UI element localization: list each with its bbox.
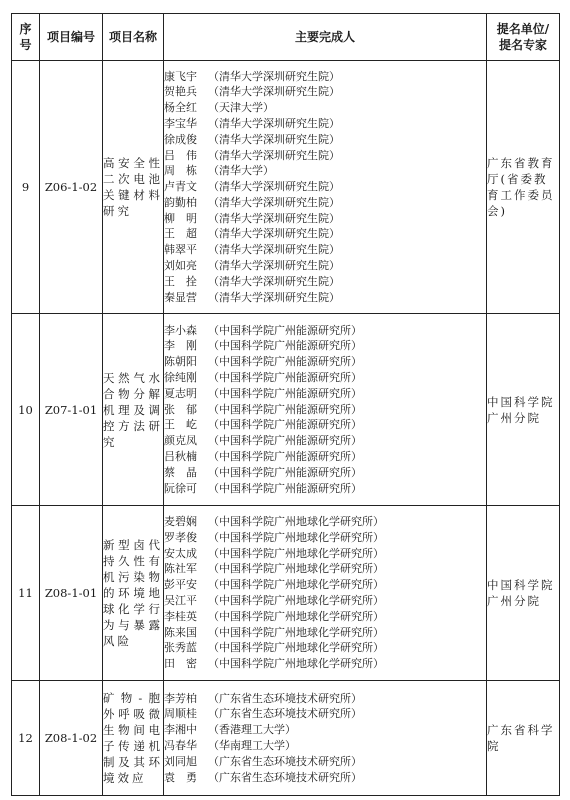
contributor-item: 蔡 晶（中国科学院广州能源研究所） — [164, 465, 486, 481]
contributor-item: 周顺桂（广东省生态环境技术研究所） — [164, 706, 486, 722]
contributor-item: 李桂英（中国科学院广州地球化学研究所） — [164, 609, 486, 625]
contributor-org: （中国科学院广州地球化学研究所） — [208, 657, 384, 670]
contributor-name: 柳 明 — [164, 211, 208, 227]
row-project-code: Z07-1-01 — [40, 314, 103, 506]
contributor-org: （华南理工大学） — [208, 739, 296, 752]
contributor-item: 陈朝阳（中国科学院广州能源研究所） — [164, 354, 486, 370]
contributor-item: 王 拴（清华大学深圳研究生院） — [164, 274, 486, 290]
contributor-org: （广东省生态环境技术研究所） — [208, 771, 362, 784]
contributor-item: 阮徐可（中国科学院广州能源研究所） — [164, 481, 486, 497]
contributor-item: 田 密（中国科学院广州地球化学研究所） — [164, 656, 486, 672]
contributor-name: 杨全红 — [164, 100, 208, 116]
contributor-org: （清华大学深圳研究生院） — [208, 117, 340, 130]
contributor-name: 彭平安 — [164, 577, 208, 593]
contributor-name: 刘如亮 — [164, 258, 208, 274]
contributor-org: （中国科学院广州地球化学研究所） — [208, 626, 384, 639]
contributor-item: 刘如亮（清华大学深圳研究生院） — [164, 258, 486, 274]
contributor-org: （清华大学深圳研究生院） — [208, 243, 340, 256]
contributor-item: 李宝华（清华大学深圳研究生院） — [164, 116, 486, 132]
contributor-org: （清华大学深圳研究生院） — [208, 227, 340, 240]
contributor-name: 李 刚 — [164, 338, 208, 354]
row-project-code: Z06-1-02 — [40, 61, 103, 314]
contributor-org: （中国科学院广州能源研究所） — [208, 339, 362, 352]
contributor-name: 冯春华 — [164, 738, 208, 754]
contributor-name: 周顺桂 — [164, 706, 208, 722]
header-unit: 提名单位/提名专家 — [487, 14, 560, 61]
header-code: 项目编号 — [40, 14, 103, 61]
contributor-org: （中国科学院广州地球化学研究所） — [208, 578, 384, 591]
contributor-org: （中国科学院广州地球化学研究所） — [208, 547, 384, 560]
contributor-item: 罗孝俊（中国科学院广州地球化学研究所） — [164, 530, 486, 546]
contributor-name: 秦显营 — [164, 290, 208, 306]
contributor-item: 杨全红（天津大学） — [164, 100, 486, 116]
header-people: 主要完成人 — [164, 14, 487, 61]
row-project-name: 矿物-胞外呼吸微生物间电子传递机制及其环境效应 — [103, 681, 164, 796]
row-main-contributors: 康飞宇（清华大学深圳研究生院）贺艳兵（清华大学深圳研究生院）杨全红（天津大学）李… — [164, 61, 487, 314]
row-project-name: 高安全性二次电池关键材料研究 — [103, 61, 164, 314]
contributor-name: 李小森 — [164, 323, 208, 339]
contributor-item: 吕 伟（清华大学深圳研究生院） — [164, 148, 486, 164]
contributor-name: 阮徐可 — [164, 481, 208, 497]
contributor-org: （中国科学院广州能源研究所） — [208, 418, 362, 431]
row-nominating-unit: 中国科学院广州分院 — [487, 506, 560, 681]
contributor-item: 秦显营（清华大学深圳研究生院） — [164, 290, 486, 306]
row-main-contributors: 李小森（中国科学院广州能源研究所）李 刚（中国科学院广州能源研究所）陈朝阳（中国… — [164, 314, 487, 506]
contributor-name: 陈来国 — [164, 625, 208, 641]
contributor-name: 徐纯刚 — [164, 370, 208, 386]
row-nominating-unit: 广东省科学院 — [487, 681, 560, 796]
contributor-name: 蔡 晶 — [164, 465, 208, 481]
contributor-item: 徐成俊（清华大学深圳研究生院） — [164, 132, 486, 148]
contributor-item: 吴江平（中国科学院广州地球化学研究所） — [164, 593, 486, 609]
contributor-org: （清华大学深圳研究生院） — [208, 259, 340, 272]
contributor-name: 田 密 — [164, 656, 208, 672]
contributor-name: 李宝华 — [164, 116, 208, 132]
contributor-org: （中国科学院广州地球化学研究所） — [208, 610, 384, 623]
contributor-org: （清华大学深圳研究生院） — [208, 85, 340, 98]
header-seq: 序号 — [12, 14, 40, 61]
contributor-item: 徐纯刚（中国科学院广州能源研究所） — [164, 370, 486, 386]
contributor-item: 周 栋（清华大学） — [164, 163, 486, 179]
contributor-org: （中国科学院广州能源研究所） — [208, 355, 362, 368]
contributor-name: 夏志明 — [164, 386, 208, 402]
contributor-item: 李湘中（香港理工大学） — [164, 722, 486, 738]
contributor-org: （中国科学院广州地球化学研究所） — [208, 562, 384, 575]
contributor-name: 李芳柏 — [164, 691, 208, 707]
contributor-item: 安太成（中国科学院广州地球化学研究所） — [164, 546, 486, 562]
contributor-item: 李 刚（中国科学院广州能源研究所） — [164, 338, 486, 354]
contributor-item: 柳 明（清华大学深圳研究生院） — [164, 211, 486, 227]
contributor-name: 卢青文 — [164, 179, 208, 195]
contributor-item: 袁 勇（广东省生态环境技术研究所） — [164, 770, 486, 786]
contributor-org: （清华大学深圳研究生院） — [208, 70, 340, 83]
row-seq: 10 — [12, 314, 40, 506]
contributor-item: 夏志明（中国科学院广州能源研究所） — [164, 386, 486, 402]
contributor-name: 颜克凤 — [164, 433, 208, 449]
contributor-org: （中国科学院广州能源研究所） — [208, 371, 362, 384]
contributor-item: 吕秋楠（中国科学院广州能源研究所） — [164, 449, 486, 465]
contributor-org: （中国科学院广州能源研究所） — [208, 434, 362, 447]
contributor-item: 李芳柏（广东省生态环境技术研究所） — [164, 691, 486, 707]
contributor-org: （中国科学院广州能源研究所） — [208, 466, 362, 479]
contributor-org: （中国科学院广州能源研究所） — [208, 482, 362, 495]
contributor-name: 吴江平 — [164, 593, 208, 609]
row-main-contributors: 李芳柏（广东省生态环境技术研究所）周顺桂（广东省生态环境技术研究所）李湘中（香港… — [164, 681, 487, 796]
contributor-name: 康飞宇 — [164, 69, 208, 85]
row-seq: 11 — [12, 506, 40, 681]
table-row: 11Z08-1-01新型卤代持久性有机污染物的环境地球化学行为与暴露风险麦碧娴（… — [12, 506, 560, 681]
row-project-name: 新型卤代持久性有机污染物的环境地球化学行为与暴露风险 — [103, 506, 164, 681]
contributor-item: 颜克凤（中国科学院广州能源研究所） — [164, 433, 486, 449]
contributor-org: （天津大学） — [208, 101, 274, 114]
contributor-item: 张秀蓝（中国科学院广州地球化学研究所） — [164, 640, 486, 656]
contributor-name: 袁 勇 — [164, 770, 208, 786]
awards-table: 序号 项目编号 项目名称 主要完成人 提名单位/提名专家 9Z06-1-02高安… — [11, 13, 560, 796]
row-seq: 12 — [12, 681, 40, 796]
contributor-item: 韵勤柏（清华大学深圳研究生院） — [164, 195, 486, 211]
contributor-org: （清华大学深圳研究生院） — [208, 133, 340, 146]
contributor-name: 罗孝俊 — [164, 530, 208, 546]
contributor-name: 张秀蓝 — [164, 640, 208, 656]
contributor-name: 韩翠平 — [164, 242, 208, 258]
contributor-name: 王 屹 — [164, 417, 208, 433]
contributor-item: 王 超（清华大学深圳研究生院） — [164, 226, 486, 242]
contributor-org: （中国科学院广州能源研究所） — [208, 450, 362, 463]
contributor-name: 刘同旭 — [164, 754, 208, 770]
contributor-org: （中国科学院广州地球化学研究所） — [208, 515, 384, 528]
row-nominating-unit: 中国科学院广州分院 — [487, 314, 560, 506]
contributor-org: （广东省生态环境技术研究所） — [208, 755, 362, 768]
contributor-org: （中国科学院广州地球化学研究所） — [208, 641, 384, 654]
contributor-item: 陈来国（中国科学院广州地球化学研究所） — [164, 625, 486, 641]
contributor-item: 麦碧娴（中国科学院广州地球化学研究所） — [164, 514, 486, 530]
row-main-contributors: 麦碧娴（中国科学院广州地球化学研究所）罗孝俊（中国科学院广州地球化学研究所）安太… — [164, 506, 487, 681]
contributor-item: 张 郁（中国科学院广州能源研究所） — [164, 402, 486, 418]
contributor-name: 陈朝阳 — [164, 354, 208, 370]
contributor-name: 安太成 — [164, 546, 208, 562]
contributor-item: 陈社军（中国科学院广州地球化学研究所） — [164, 561, 486, 577]
row-nominating-unit: 广东省教育厅(省委教育工作委员会) — [487, 61, 560, 314]
contributor-name: 徐成俊 — [164, 132, 208, 148]
contributor-org: （广东省生态环境技术研究所） — [208, 707, 362, 720]
contributor-org: （中国科学院广州地球化学研究所） — [208, 594, 384, 607]
contributor-org: （清华大学） — [208, 164, 274, 177]
contributor-name: 麦碧娴 — [164, 514, 208, 530]
contributor-item: 康飞宇（清华大学深圳研究生院） — [164, 69, 486, 85]
table-row: 9Z06-1-02高安全性二次电池关键材料研究康飞宇（清华大学深圳研究生院）贺艳… — [12, 61, 560, 314]
contributor-item: 刘同旭（广东省生态环境技术研究所） — [164, 754, 486, 770]
contributor-org: （清华大学深圳研究生院） — [208, 275, 340, 288]
table-row: 10Z07-1-01天然气水合物分解机理及调控方法研究李小森（中国科学院广州能源… — [12, 314, 560, 506]
row-project-code: Z08-1-01 — [40, 506, 103, 681]
contributor-name: 贺艳兵 — [164, 84, 208, 100]
contributor-name: 李桂英 — [164, 609, 208, 625]
contributor-org: （清华大学深圳研究生院） — [208, 291, 340, 304]
contributor-org: （广东省生态环境技术研究所） — [208, 692, 362, 705]
contributor-name: 王 拴 — [164, 274, 208, 290]
contributor-org: （清华大学深圳研究生院） — [208, 149, 340, 162]
header-name: 项目名称 — [103, 14, 164, 61]
contributor-org: （清华大学深圳研究生院） — [208, 180, 340, 193]
contributor-org: （清华大学深圳研究生院） — [208, 212, 340, 225]
contributor-item: 韩翠平（清华大学深圳研究生院） — [164, 242, 486, 258]
contributor-name: 陈社军 — [164, 561, 208, 577]
contributor-org: （清华大学深圳研究生院） — [208, 196, 340, 209]
contributor-item: 彭平安（中国科学院广州地球化学研究所） — [164, 577, 486, 593]
contributor-item: 贺艳兵（清华大学深圳研究生院） — [164, 84, 486, 100]
contributor-org: （中国科学院广州能源研究所） — [208, 403, 362, 416]
table-row: 12Z08-1-02矿物-胞外呼吸微生物间电子传递机制及其环境效应李芳柏（广东省… — [12, 681, 560, 796]
contributor-name: 韵勤柏 — [164, 195, 208, 211]
contributor-item: 冯春华（华南理工大学） — [164, 738, 486, 754]
contributor-org: （香港理工大学） — [208, 723, 296, 736]
contributor-name: 周 栋 — [164, 163, 208, 179]
row-project-code: Z08-1-02 — [40, 681, 103, 796]
contributor-name: 吕 伟 — [164, 148, 208, 164]
row-project-name: 天然气水合物分解机理及调控方法研究 — [103, 314, 164, 506]
contributor-item: 李小森（中国科学院广州能源研究所） — [164, 323, 486, 339]
contributor-org: （中国科学院广州能源研究所） — [208, 387, 362, 400]
contributor-name: 王 超 — [164, 226, 208, 242]
contributor-name: 吕秋楠 — [164, 449, 208, 465]
contributor-org: （中国科学院广州地球化学研究所） — [208, 531, 384, 544]
contributor-org: （中国科学院广州能源研究所） — [208, 324, 362, 337]
contributor-item: 卢青文（清华大学深圳研究生院） — [164, 179, 486, 195]
contributor-name: 李湘中 — [164, 722, 208, 738]
header-row: 序号 项目编号 项目名称 主要完成人 提名单位/提名专家 — [12, 14, 560, 61]
row-seq: 9 — [12, 61, 40, 314]
contributor-item: 王 屹（中国科学院广州能源研究所） — [164, 417, 486, 433]
contributor-name: 张 郁 — [164, 402, 208, 418]
